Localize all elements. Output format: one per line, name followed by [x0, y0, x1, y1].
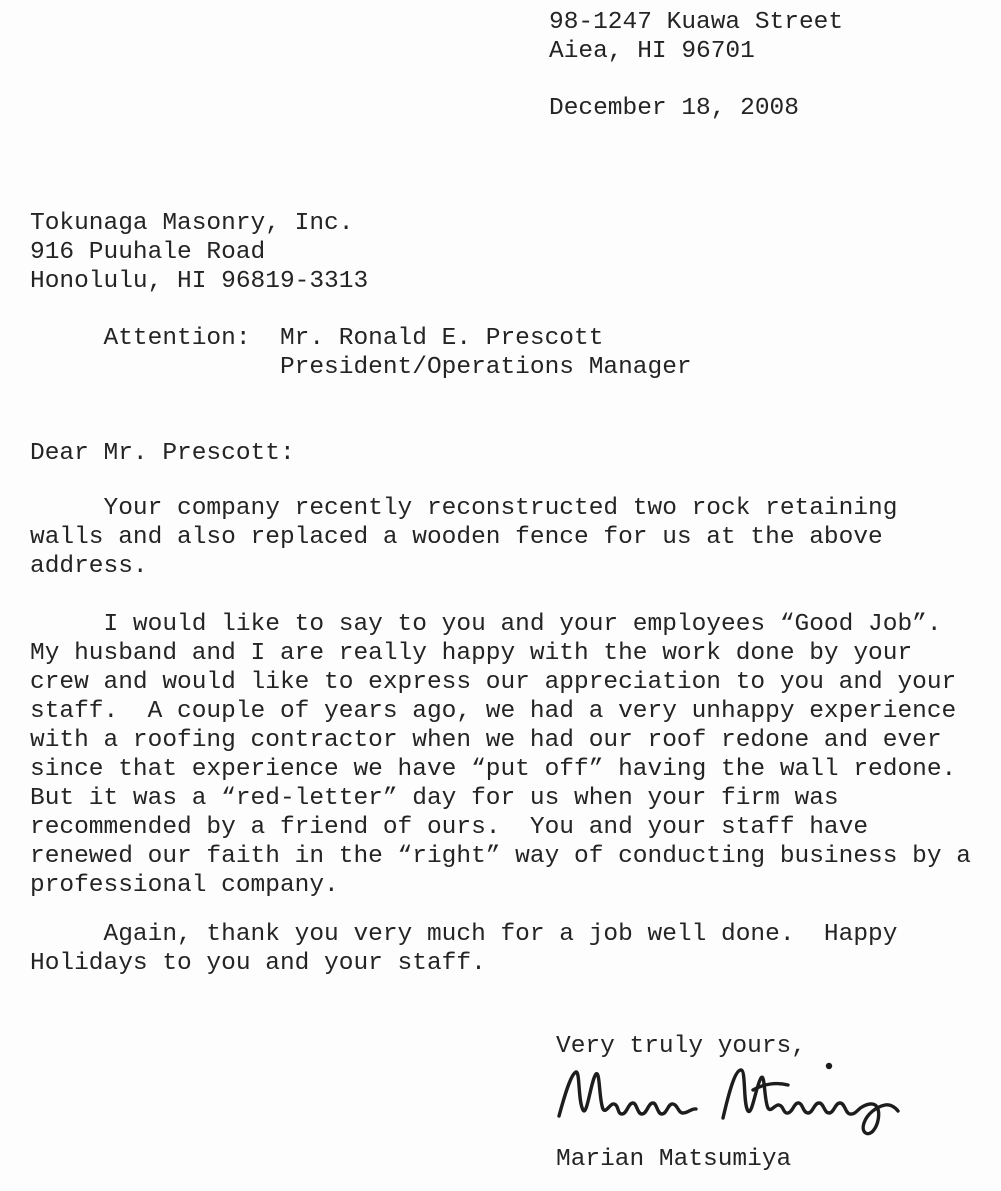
letter-date: December 18, 2008 — [549, 94, 799, 123]
handwritten-signature — [545, 1054, 905, 1138]
signature-ink-dot — [826, 1063, 832, 1069]
body-paragraph-3: Again, thank you very much for a job wel… — [30, 920, 897, 978]
attention-line: Attention: Mr. Ronald E. Prescott Presid… — [30, 324, 692, 382]
typed-signature-name: Marian Matsumiya — [556, 1145, 791, 1174]
signature-stroke-first-name — [559, 1072, 696, 1116]
body-paragraph-1: Your company recently reconstructed two … — [30, 494, 897, 581]
body-paragraph-2: I would like to say to you and your empl… — [30, 610, 971, 900]
signature-stroke-last-name — [723, 1070, 898, 1134]
recipient-address: Tokunaga Masonry, Inc. 916 Puuhale Road … — [30, 209, 368, 296]
salutation: Dear Mr. Prescott: — [30, 439, 295, 468]
scanned-letter-page: 98-1247 Kuawa Street Aiea, HI 96701 Dece… — [0, 0, 1001, 1191]
sender-address: 98-1247 Kuawa Street Aiea, HI 96701 — [549, 8, 843, 66]
